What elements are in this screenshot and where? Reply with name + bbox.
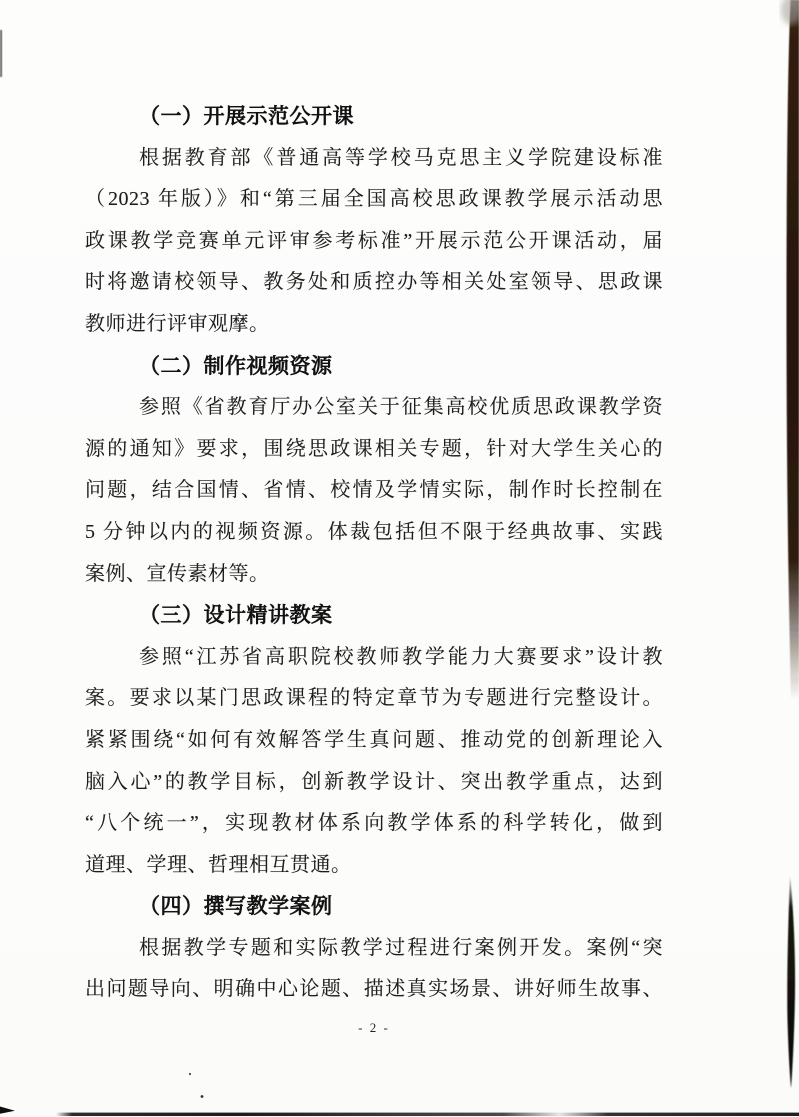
text-line: 脑入心”的教学目标，创新教学设计、突出教学重点，达到 [85, 762, 663, 804]
section-heading: （四）撰写教学案例 [85, 886, 663, 928]
scan-bottom-left-mark [0, 1107, 15, 1114]
text-line: 根据教育部《普通高等学校马克思主义学院建设标准 [85, 138, 663, 180]
scan-edge-right-spike [787, 876, 795, 1088]
document-text-block: （一）开展示范公开课 根据教育部《普通高等学校马克思主义学院建设标准 （2023… [85, 96, 663, 1011]
text-line: 紧紧围绕“如何有效解答学生真问题、推动党的创新理论入 [85, 720, 663, 762]
section-heading: （三）设计精讲教案 [85, 595, 663, 637]
page-number: - 2 - [85, 1020, 663, 1036]
section-heading: （二）制作视频资源 [85, 346, 663, 388]
scan-edge-right-band [787, 0, 799, 700]
text-line: 5 分钟以内的视频资源。体裁包括但不限于经典故事、实践 [85, 512, 663, 554]
text-line: 道理、学理、哲理相互贯通。 [85, 845, 663, 887]
document-page: （一）开展示范公开课 根据教育部《普通高等学校马克思主义学院建设标准 （2023… [0, 0, 799, 1117]
dust-speck [201, 1095, 204, 1098]
scan-left-tick [0, 30, 2, 77]
text-line: 参照《省教育厅办公室关于征集高校优质思政课教学资 [85, 387, 663, 429]
section-heading: （一）开展示范公开课 [85, 96, 663, 138]
text-line: 案例、宣传素材等。 [85, 554, 663, 596]
dust-speck [189, 1073, 191, 1075]
text-line: 政课教学竞赛单元评审参考标准”开展示范公开课活动，届 [85, 221, 663, 263]
text-line: 参照“江苏省高职院校教师教学能力大赛要求”设计教 [85, 637, 663, 679]
text-line: 出问题导向、明确中心论题、描述真实场景、讲好师生故事、 [85, 969, 663, 1011]
text-line: 根据教学专题和实际教学过程进行案例开发。案例“突 [85, 928, 663, 970]
text-line: 问题，结合国情、省情、校情及学情实际，制作时长控制在 [85, 470, 663, 512]
scan-corner-smudge [781, 0, 799, 25]
text-line: 教师进行评审观摩。 [85, 304, 663, 346]
text-line: “八个统一”，实现教材体系向教学体系的科学转化，做到 [85, 803, 663, 845]
text-line: 源的通知》要求，围绕思政课相关专题，针对大学生关心的 [85, 429, 663, 471]
text-line: 时将邀请校领导、教务处和质控办等相关处室领导、思政课 [85, 262, 663, 304]
scan-bottom-line [0, 1113, 799, 1116]
text-line: （2023 年版）》和“第三届全国高校思政课教学展示活动思 [85, 179, 663, 221]
text-line: 案。要求以某门思政课程的特定章节为专题进行完整设计。 [85, 678, 663, 720]
